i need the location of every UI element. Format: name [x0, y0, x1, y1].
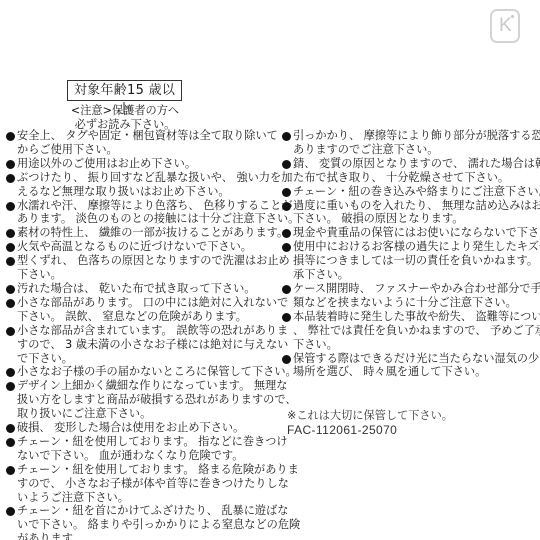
- caution-item: 錆、 変質の原因となりますので、 濡れた場合は乾い た布で拭き取り、 十分乾燥さ…: [282, 157, 538, 185]
- caution-item-text: 小さな部品が含まれています。 誤飲等の恐れがありま すので、 3 歳未満の小さな…: [17, 324, 288, 365]
- brand-logo-icon: K: [490, 9, 520, 43]
- bullet-icon: [282, 188, 291, 197]
- caution-item-text: ケース開閉時、 ファスナーやかみ合わせ部分で手や衣 類などを挟まないように十分ご…: [293, 282, 540, 309]
- caution-item: チェーン・紐を使用しております。 絡まる危険がありま すので、 小さなお子様が体…: [6, 463, 274, 505]
- caution-item: 安全上、 タグや固定・梱包資材等は全て取り除いて からご使用下さい。: [6, 129, 274, 157]
- caution-item: 過度に重いものを入れたり、 無理な詰め込みはお避け 下さい。 破損の原因となりま…: [282, 199, 538, 227]
- caution-item-text: チェーン・紐を使用しております。 指などに巻きつけ ないで下さい。 血が通わなく…: [17, 435, 288, 462]
- target-age-label: 対象年齢15 歳以上: [67, 80, 182, 101]
- caution-item: 使用中におけるお客様の過失により発生したキズや破 損等につきましては一切の責任を…: [282, 240, 538, 282]
- caution-item: 小さなお子様の手の届かないところに保管して下さい。: [6, 365, 274, 379]
- caution-item-text: チェーン・紐を首にかけてふざけたり、 乱暴に遊ばな いで下さい。 絡まりや引っか…: [17, 504, 300, 540]
- caution-item: 本品装着時に発生した事故や紛失、 盗難等については 、 弊社では責任を負いかねま…: [282, 310, 538, 352]
- bullet-icon: [6, 382, 15, 391]
- bullet-icon: [6, 285, 15, 294]
- caution-item: 素材の特性上、 繊維の一部が抜けることがあります。: [6, 226, 274, 240]
- footer-notes: ※これは大切に保管して下さい。 FAC-112061-25070: [287, 409, 453, 437]
- caution-item: 現金や貴重品の保管にはお使いにならないで下さい。: [282, 226, 538, 240]
- caution-item: 引っかかり、 摩擦等により飾り部分が脱落する恐れが ありますのでご注意下さい。: [282, 129, 538, 157]
- logo-letter: K: [499, 15, 512, 37]
- caution-item-text: 引っかかり、 摩擦等により飾り部分が脱落する恐れが ありますのでご注意下さい。: [293, 129, 540, 156]
- caution-item: 型くずれ、 色落ちの原因となりますので洗濯はお止め 下さい。: [6, 254, 274, 282]
- caution-item-text: 破損、 変形した場合は使用をお止め下さい。: [17, 421, 244, 434]
- caution-item: 火気や高温となるものに近づけないで下さい。: [6, 240, 274, 254]
- bullet-icon: [6, 438, 15, 447]
- caution-item-text: 安全上、 タグや固定・梱包資材等は全て取り除いて からご使用下さい。: [17, 129, 278, 156]
- caution-item: チェーン・紐を使用しております。 指などに巻きつけ ないで下さい。 血が通わなく…: [6, 435, 274, 463]
- caution-item: 小さな部品があります。 口の中には絶対に入れないで 下さい。 誤飲、 窒息などの…: [6, 296, 274, 324]
- bullet-icon: [6, 368, 15, 377]
- bullet-icon: [6, 132, 15, 141]
- caution-item-text: 本品装着時に発生した事故や紛失、 盗難等については 、 弊社では責任を負いかねま…: [293, 310, 540, 351]
- caution-heading: <注意>保護者の方へ 必ずお読み下さい。: [60, 104, 190, 131]
- bullet-icon: [282, 132, 291, 141]
- caution-item: チェーン・紐を首にかけてふざけたり、 乱暴に遊ばな いで下さい。 絡まりや引っか…: [6, 504, 274, 540]
- bullet-icon: [6, 160, 15, 169]
- caution-item-text: チェーン・紐を使用しております。 絡まる危険がありま すので、 小さなお子様が体…: [17, 463, 299, 504]
- caution-item-text: 保管する際はできるだけ光に当たらない湿気の少ない 場所を選び、 時々風を通して下…: [293, 352, 540, 379]
- caution-item-text: デザイン上細かく繊細な作りになっています。 無理な 扱い方をしますと商品が破損す…: [17, 379, 296, 420]
- bullet-icon: [6, 257, 15, 266]
- caution-item-text: チェーン・紐の巻き込みや絡まりにご注意下さい。: [293, 185, 540, 198]
- caution-list-right: 引っかかり、 摩擦等により飾り部分が脱落する恐れが ありますのでご注意下さい。 …: [282, 129, 538, 379]
- caution-item-text: 現金や貴重品の保管にはお使いにならないで下さい。: [293, 226, 540, 239]
- caution-item-text: 使用中におけるお客様の過失により発生したキズや破 損等につきましては一切の責任を…: [293, 240, 540, 281]
- caution-item-text: 汚れた場合は、 乾いた布で拭き取って下さい。: [17, 282, 256, 295]
- bullet-icon: [6, 174, 15, 183]
- bullet-icon: [6, 507, 15, 516]
- bullet-icon: [282, 202, 291, 211]
- caution-item: ケース開閉時、 ファスナーやかみ合わせ部分で手や衣 類などを挟まないように十分ご…: [282, 282, 538, 310]
- caution-item-text: 用途以外のご使用はお止め下さい。: [17, 157, 196, 170]
- bullet-icon: [282, 355, 291, 364]
- bullet-icon: [282, 229, 291, 238]
- bullet-icon: [6, 466, 15, 475]
- caution-item: 破損、 変形した場合は使用をお止め下さい。: [6, 421, 274, 435]
- caution-list-left: 安全上、 タグや固定・梱包資材等は全て取り除いて からご使用下さい。 用途以外の…: [6, 129, 274, 540]
- caution-item-text: 水濡れや汗、 摩擦等により色落ち、 色移りすることが あります。 淡色のものとの…: [17, 199, 299, 226]
- caution-item: 汚れた場合は、 乾いた布で拭き取って下さい。: [6, 282, 274, 296]
- caution-item-text: 錆、 変質の原因となりますので、 濡れた場合は乾い た布で拭き取り、 十分乾燥さ…: [293, 157, 540, 184]
- bullet-icon: [282, 243, 291, 252]
- bullet-icon: [282, 160, 291, 169]
- product-code: FAC-112061-25070: [287, 423, 453, 437]
- bullet-icon: [6, 327, 15, 336]
- caution-item: 水濡れや汗、 摩擦等により色落ち、 色移りすることが あります。 淡色のものとの…: [6, 199, 274, 227]
- bullet-icon: [6, 202, 15, 211]
- caution-item-text: 小さなお子様の手の届かないところに保管して下さい。: [17, 365, 297, 378]
- caution-item-text: 素材の特性上、 繊維の一部が抜けることがあります。: [17, 226, 288, 239]
- bullet-icon: [6, 299, 15, 308]
- logo-dot: [511, 15, 514, 18]
- bullet-icon: [6, 424, 15, 433]
- caution-item: ぶつけたり、 振り回すなど乱暴な扱いや、 強い力を加 えるなど無理な取り扱いはお…: [6, 171, 274, 199]
- caution-heading-line1: <注意>保護者の方へ: [60, 104, 190, 118]
- bullet-icon: [6, 229, 15, 238]
- caution-item-text: 過度に重いものを入れたり、 無理な詰め込みはお避け 下さい。 破損の原因となりま…: [293, 199, 540, 226]
- caution-item-text: 型くずれ、 色落ちの原因となりますので洗濯はお止め 下さい。: [17, 254, 290, 281]
- caution-item: 用途以外のご使用はお止め下さい。: [6, 157, 274, 171]
- caution-item: デザイン上細かく繊細な作りになっています。 無理な 扱い方をしますと商品が破損す…: [6, 379, 274, 421]
- caution-item: 小さな部品が含まれています。 誤飲等の恐れがありま すので、 3 歳未満の小さな…: [6, 324, 274, 366]
- caution-item-text: 小さな部品があります。 口の中には絶対に入れないで 下さい。 誤飲、 窒息などの…: [17, 296, 288, 323]
- keep-note: ※これは大切に保管して下さい。: [287, 409, 453, 423]
- caution-item-text: 火気や高温となるものに近づけないで下さい。: [17, 240, 252, 253]
- bullet-icon: [282, 285, 291, 294]
- caution-item: チェーン・紐の巻き込みや絡まりにご注意下さい。: [282, 185, 538, 199]
- caution-item: 保管する際はできるだけ光に当たらない湿気の少ない 場所を選び、 時々風を通して下…: [282, 352, 538, 380]
- bullet-icon: [6, 243, 15, 252]
- bullet-icon: [282, 313, 291, 322]
- caution-item-text: ぶつけたり、 振り回すなど乱暴な扱いや、 強い力を加 えるなど無理な取り扱いはお…: [17, 171, 292, 198]
